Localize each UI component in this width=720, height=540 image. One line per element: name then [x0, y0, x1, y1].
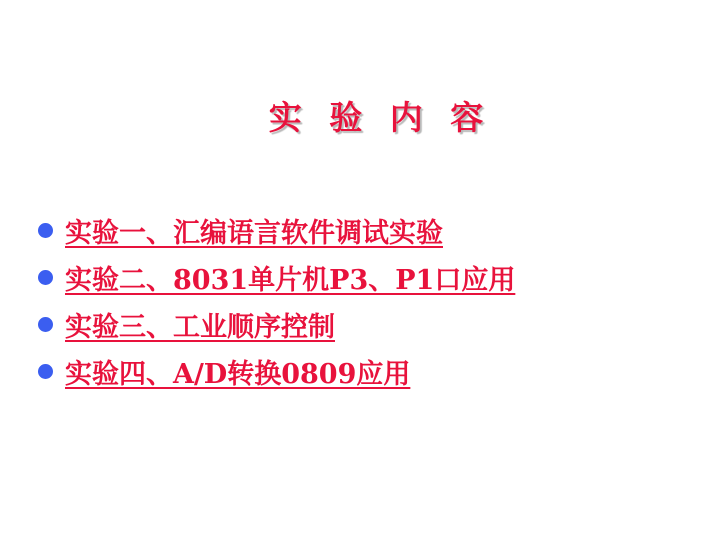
slide: 实 验 内 容 实验一、汇编语言软件调试实验 实验二、8031单片机P3、P1口… — [0, 0, 720, 540]
experiment-list: 实验一、汇编语言软件调试实验 实验二、8031单片机P3、P1口应用 实验三、工… — [38, 207, 515, 395]
bullet-dot-icon — [38, 223, 53, 238]
list-item: 实验一、汇编语言软件调试实验 — [38, 207, 515, 254]
experiment-2-link[interactable]: 实验二、8031单片机P3、P1口应用 — [65, 258, 515, 297]
experiment-3-link[interactable]: 实验三、工业顺序控制 — [65, 305, 335, 344]
list-item: 实验三、工业顺序控制 — [38, 301, 515, 348]
list-item: 实验二、8031单片机P3、P1口应用 — [38, 254, 515, 301]
list-item: 实验四、A/D转换0809应用 — [38, 348, 515, 395]
bullet-dot-icon — [38, 317, 53, 332]
experiment-4-link[interactable]: 实验四、A/D转换0809应用 — [65, 352, 410, 391]
slide-title: 实 验 内 容 — [0, 92, 720, 139]
bullet-dot-icon — [38, 270, 53, 285]
experiment-1-link[interactable]: 实验一、汇编语言软件调试实验 — [65, 211, 443, 250]
bullet-dot-icon — [38, 364, 53, 379]
